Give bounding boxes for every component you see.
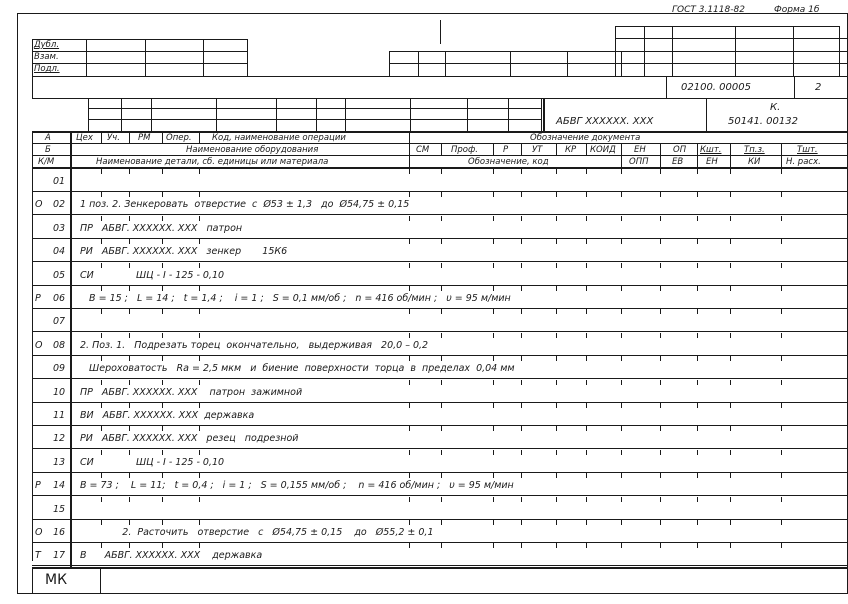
- table-row: 10ПР АБВГ. XXXXXX. XXX патрон зажимной: [0, 380, 848, 403]
- table-row: 01: [0, 169, 848, 192]
- frame-bottom: [17, 593, 848, 594]
- col-ut: УТ: [532, 146, 542, 155]
- row-number: 05: [53, 271, 65, 281]
- table-row: О082. Поз. 1. Подрезать торец окончатель…: [0, 333, 848, 356]
- row-text: В АБВГ. XXXXXX. XXX державка: [80, 551, 262, 561]
- k-label: К.: [770, 103, 780, 113]
- form-name: Форма 1б: [774, 6, 819, 15]
- row-prefix: О: [35, 341, 42, 351]
- table-row: Т17В АБВГ. XXXXXX. XXX державка: [0, 543, 848, 566]
- col-prof: Проф.: [451, 146, 478, 155]
- col-ceh: Цех: [76, 134, 93, 143]
- row-number: 17: [53, 551, 65, 561]
- row-prefix: О: [35, 528, 42, 538]
- col-en: ЕН: [634, 146, 646, 155]
- col-r: Р: [503, 146, 508, 155]
- top-right-grid: [615, 26, 847, 76]
- col-oper: Опер.: [166, 134, 192, 143]
- row-prefix: Р: [35, 294, 41, 304]
- col-part-name: Наименование детали, сб. единицы или мат…: [96, 158, 328, 167]
- table-row: 11ВИ АБВГ. XXXXXX. XXX державка: [0, 403, 848, 426]
- col-kr: КР: [565, 146, 576, 155]
- col-op-name: Код, наименование операции: [212, 134, 346, 143]
- row-number: 13: [53, 458, 65, 468]
- row-b-label: Б: [45, 146, 51, 155]
- table-row: Р14В = 73 ; L = 11; t = 0,4 ; i = 1 ; S …: [0, 473, 848, 496]
- row-text: ПР АБВГ. XXXXXX. XXX патрон: [80, 224, 242, 234]
- col-code: Обозначение, код: [468, 158, 549, 167]
- row-prefix: О: [35, 200, 42, 210]
- col-en2: ЕН: [706, 158, 718, 167]
- row-text: СИ ШЦ - I - 125 - 0,10: [80, 458, 224, 468]
- col-sm: СМ: [416, 146, 429, 155]
- row-number: 16: [53, 528, 65, 538]
- footer-mk: МК: [45, 573, 67, 587]
- doc-code: 02100. 00005: [681, 83, 751, 93]
- row-number: 14: [53, 481, 65, 491]
- col-tsht: Тшт.: [797, 146, 818, 155]
- row-number: 02: [53, 200, 65, 210]
- row-line: [32, 76, 848, 77]
- k-number: 50141. 00132: [728, 117, 798, 127]
- label-podl: Подл.: [34, 65, 60, 74]
- row-text: ПР АБВГ. XXXXXX. XXX патрон зажимной: [80, 388, 302, 398]
- table-row: Р06 В = 15 ; L = 14 ; t = 1,4 ; i = 1 ; …: [0, 286, 848, 309]
- col-ev: ЕВ: [672, 158, 683, 167]
- col-uch: Уч.: [107, 134, 120, 143]
- row-number: 07: [53, 317, 65, 327]
- col-equipment: Наименование оборудования: [186, 146, 318, 155]
- row-text: СИ ШЦ - I - 125 - 0,10: [80, 271, 224, 281]
- table-row: 12РИ АБВГ. XXXXXX. XXX резец подрезной: [0, 426, 848, 449]
- col-opp: ОПП: [629, 158, 648, 167]
- row-a-label: А: [45, 134, 51, 143]
- table-row: 07: [0, 309, 848, 332]
- sheet-number: 2: [815, 83, 821, 93]
- table-row: 05СИ ШЦ - I - 125 - 0,10: [0, 263, 848, 286]
- col-koid: КОИД: [590, 146, 616, 155]
- table-row: 04РИ АБВГ. XXXXXX. XXX зенкер 15К6: [0, 239, 848, 262]
- col-ki: КИ: [748, 158, 760, 167]
- row-text: 2. Поз. 1. Подрезать торец окончательно,…: [80, 341, 428, 351]
- center-mark: [440, 20, 441, 44]
- col-doc-designation: Обозначение документа: [530, 134, 640, 143]
- table-row: О021 поз. 2. Зенкеровать отверстие с Ø53…: [0, 192, 848, 215]
- standard-label: ГОСТ 3.1118-82: [672, 6, 745, 15]
- approval-block: Дубл. Взам. Подл.: [32, 39, 248, 76]
- table-row: 15: [0, 497, 848, 520]
- row-text: В = 15 ; L = 14 ; t = 1,4 ; i = 1 ; S = …: [80, 294, 511, 304]
- row-number: 10: [53, 388, 65, 398]
- row-number: 06: [53, 294, 65, 304]
- row-text: РИ АБВГ. XXXXXX. XXX резец подрезной: [80, 434, 298, 444]
- row-text: 1 поз. 2. Зенкеровать отверстие с Ø53 ± …: [80, 200, 409, 210]
- row-text: Шероховатость Ra = 2,5 мкм и биение пове…: [80, 364, 515, 374]
- label-vzam: Взам.: [34, 53, 59, 62]
- col-op: ОП: [673, 146, 686, 155]
- row-number: 09: [53, 364, 65, 374]
- row-km-label: К/М: [38, 158, 54, 167]
- row-number: 04: [53, 247, 65, 257]
- row-text: 2. Расточить отверстие с Ø54,75 ± 0,15 д…: [80, 528, 434, 538]
- row-text: ВИ АБВГ. XXXXXX. XXX державка: [80, 411, 254, 421]
- row-prefix: Р: [35, 481, 41, 491]
- row-number: 11: [53, 411, 65, 421]
- col-n-rash: Н. расх.: [786, 158, 821, 167]
- col-rm: РМ: [138, 134, 150, 143]
- table-row: 09 Шероховатость Ra = 2,5 мкм и биение п…: [0, 356, 848, 379]
- designation: АБВГ XXXXXX. XXX: [556, 117, 653, 127]
- table-row: О16 2. Расточить отверстие с Ø54,75 ± 0,…: [0, 520, 848, 543]
- label-dubl: Дубл.: [34, 41, 59, 50]
- col-kshn: Кшт.: [700, 146, 721, 155]
- row-number: 08: [53, 341, 65, 351]
- row-prefix: Т: [35, 551, 41, 561]
- row-text: РИ АБВГ. XXXXXX. XXX зенкер 15К6: [80, 247, 287, 257]
- row-number: 03: [53, 224, 65, 234]
- row-text: В = 73 ; L = 11; t = 0,4 ; i = 1 ; S = 0…: [80, 481, 514, 491]
- row-number: 12: [53, 434, 65, 444]
- sign-grid: [88, 98, 542, 131]
- table-row: 03ПР АБВГ. XXXXXX. XXX патрон: [0, 216, 848, 239]
- row-number: 01: [53, 177, 65, 187]
- table-row: 13СИ ШЦ - I - 125 - 0,10: [0, 450, 848, 473]
- col-tpz: Тп.з.: [744, 146, 765, 155]
- row-number: 15: [53, 505, 65, 515]
